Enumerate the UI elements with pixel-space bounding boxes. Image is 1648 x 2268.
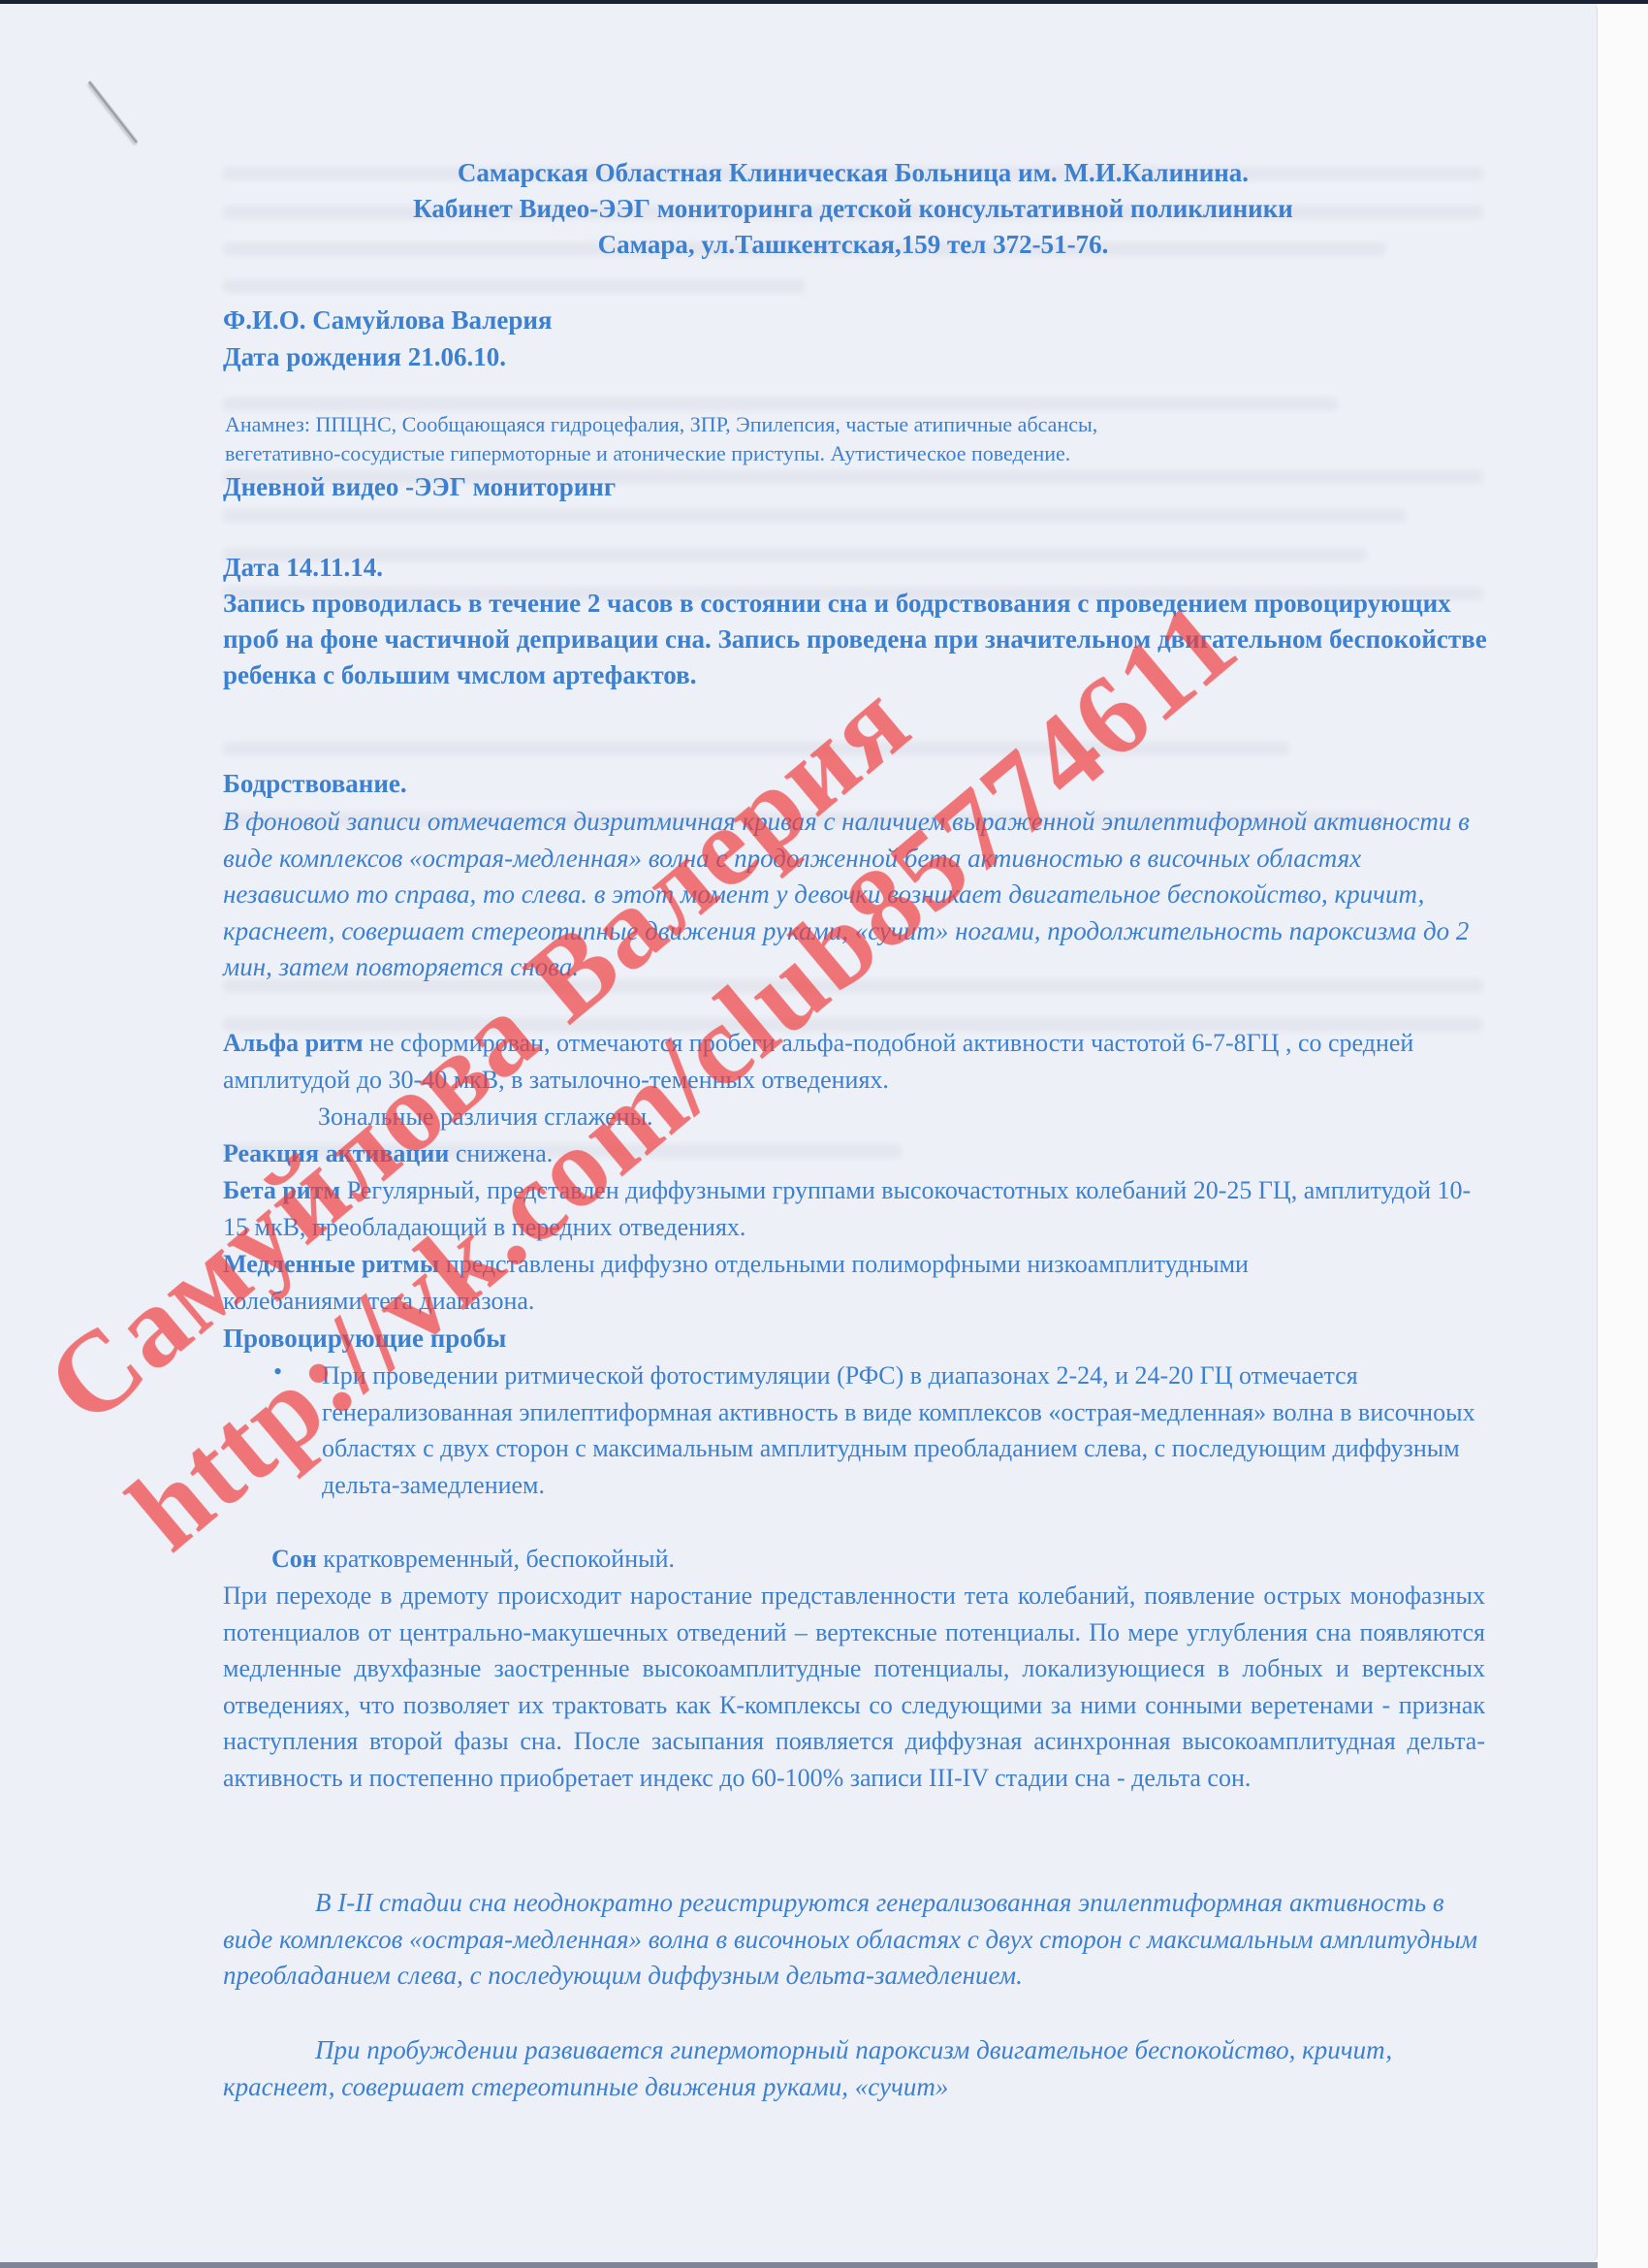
sleep-label: Сон [271,1545,317,1573]
bleed-through-line [223,398,1338,411]
scan-bottom-edge [0,2262,1598,2268]
provocation-item: При проведении ритмической фотостимуляци… [322,1358,1475,1503]
bleed-through-line [223,742,1289,755]
provocation-heading: Провоцирующие пробы [223,1321,506,1357]
sleep-paragraph-3: При пробуждении развивается гипермоторны… [223,2032,1483,2105]
exam-date: Дата 14.11.14. [223,550,383,586]
wake-heading: Бодрствование. [223,766,407,802]
bleed-through-line [223,548,1367,561]
slow-rhythms-label: Медленные ритмы [223,1250,439,1278]
hospital-address: Самара, ул.Ташкентская,159 тел 372-51-76… [223,227,1483,263]
bleed-through-line [223,279,805,293]
sleep-summary-text: кратковременный, беспокойный. [317,1545,675,1573]
activation-text: снижена. [449,1139,553,1167]
hospital-name: Самарская Областная Клиническая Больница… [223,155,1483,191]
activation-label: Реакция активации [223,1139,449,1167]
alpha-rhythm-label: Альфа ритм [223,1029,364,1057]
sleep-paragraph-1: При переходе в дремоту происходит нарост… [223,1578,1485,1796]
sleep-paragraph-2: В I-II стадии сна неоднократно регистрир… [223,1885,1483,1995]
slow-rhythms: Медленные ритмы представлены диффузно от… [223,1246,1318,1319]
anamnesis-line-1: Анамнез: ППЦНС, Сообщающаяся гидроцефали… [225,410,1097,439]
anamnesis-line-2: вегетативно-сосудистые гипермоторные и а… [225,439,1070,468]
wake-background-text: В фоновой записи отмечается дизритмичная… [223,804,1493,986]
recording-note: Запись проводилась в течение 2 часов в с… [223,586,1493,693]
scan-margin-strip [1598,4,1648,2268]
beta-rhythm-text: Регулярный, представлен диффузными групп… [223,1176,1471,1241]
activation-reaction: Реакция активации снижена. [223,1135,553,1172]
zonal-differences: Зональные различия сглажены. [318,1099,653,1135]
patient-dob: Дата рождения 21.06.10. [223,339,506,375]
beta-rhythm: Бета ритм Регулярный, представлен диффуз… [223,1172,1493,1245]
department-name: Кабинет Видео-ЭЭГ мониторинга детской ко… [223,191,1483,227]
beta-rhythm-label: Бета ритм [223,1176,340,1204]
sleep-summary: Сон кратковременный, беспокойный. [271,1541,675,1578]
alpha-rhythm-text: не сформирован, отмечаются пробеги альфа… [223,1029,1413,1094]
bleed-through-line [223,509,1406,523]
exam-title: Дневной видео -ЭЭГ мониторинг [223,469,616,505]
bullet-icon: • [273,1358,282,1387]
alpha-rhythm: Альфа ритм не сформирован, отмечаются пр… [223,1025,1493,1098]
patient-name: Ф.И.О. Самуйлова Валерия [223,303,553,338]
